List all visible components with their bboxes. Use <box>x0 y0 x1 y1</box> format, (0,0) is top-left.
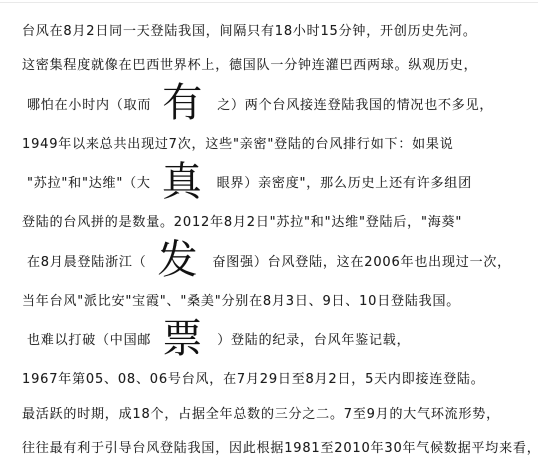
text-run: 奋图强）台风登陆，这在2006年也出现过一次， <box>212 251 510 270</box>
text-line: 登陆的台风拼的是数量。2012年8月2日"苏拉"和"达维"登陆后，"海葵" <box>22 204 530 239</box>
text-run: 1949年以来总共出现过7次，这些"亲密"登陆的台风排行如下：如果说 <box>22 133 454 152</box>
text-line: 1967年第05、08、06号台风，在7月29日至8月2日，5天内即接连登陆。 <box>22 361 530 396</box>
watermark-char: 有 <box>162 81 202 125</box>
text-line: 最活跃的时期，成18个，占据全年总数的三分之二。7至9月的大气环流形势， <box>22 395 530 430</box>
text-line: 当年台风"派比安"宝霞"、"桑美"分别在8月3日、9日、10日登陆我国。 <box>22 282 530 317</box>
text-line: 往往最有利于引导台风登陆我国，因此根据1981至2010年30年气候数据平均来看… <box>22 430 530 465</box>
text-line: 在8月晨登陆浙江（发奋图强）台风登陆，这在2006年也出现过一次， <box>22 238 530 282</box>
watermark-char: 发 <box>157 238 197 282</box>
text-run: 当年台风"派比安"宝霞"、"桑美"分别在8月3日、9日、10日登陆我国。 <box>22 290 460 309</box>
text-run: 登陆的台风拼的是数量。2012年8月2日"苏拉"和"达维"登陆后，"海葵" <box>22 211 462 230</box>
text-line: 1949年以来总共出现过7次，这些"亲密"登陆的台风排行如下：如果说 <box>22 125 530 160</box>
text-line: 这密集程度就像在巴西世界杯上，德国队一分钟连灌巴西两球。纵观历史， <box>22 47 530 82</box>
text-body: 台风在8月2日同一天登陆我国，间隔只有18小时15分钟，开创历史先河。这密集程度… <box>22 12 530 464</box>
text-run: 也难以打破（中国邮 <box>27 329 151 348</box>
text-run: ）登陆的纪录，台风年鉴记载， <box>217 329 410 348</box>
text-line: 哪怕在小时内（取而有之）两个台风接连登陆我国的情况也不多见， <box>22 81 530 125</box>
text-run: 1967年第05、08、06号台风，在7月29日至8月2日，5天内即接连登陆。 <box>22 368 485 387</box>
text-run: 台风在8月2日同一天登陆我国，间隔只有18小时15分钟，开创历史先河。 <box>22 20 477 39</box>
text-run: 在8月晨登陆浙江（ <box>27 251 146 270</box>
watermark-char: 票 <box>162 317 202 361</box>
text-run: 最活跃的时期，成18个，占据全年总数的三分之二。7至9月的大气环流形势， <box>22 403 500 422</box>
text-line: 台风在8月2日同一天登陆我国，间隔只有18小时15分钟，开创历史先河。 <box>22 12 530 47</box>
text-line: 也难以打破（中国邮票）登陆的纪录，台风年鉴记载， <box>22 317 530 361</box>
text-run: 哪怕在小时内（取而 <box>27 94 151 113</box>
document-page: 台风在8月2日同一天登陆我国，间隔只有18小时15分钟，开创历史先河。这密集程度… <box>0 0 538 466</box>
text-line: "苏拉"和"达维"（大真眼界）亲密度"，那么历史上还有许多组团 <box>22 160 530 204</box>
watermark-char: 真 <box>162 160 202 204</box>
text-run: 这密集程度就像在巴西世界杯上，德国队一分钟连灌巴西两球。纵观历史， <box>22 54 477 73</box>
text-run: "苏拉"和"达维"（大 <box>27 172 151 191</box>
text-run: 往往最有利于引导台风登陆我国，因此根据1981至2010年30年气候数据平均来看… <box>22 437 530 456</box>
text-run: 眼界）亲密度"，那么历史上还有许多组团 <box>217 172 472 191</box>
text-run: 之）两个台风接连登陆我国的情况也不多见， <box>217 94 493 113</box>
top-divider <box>0 2 538 3</box>
